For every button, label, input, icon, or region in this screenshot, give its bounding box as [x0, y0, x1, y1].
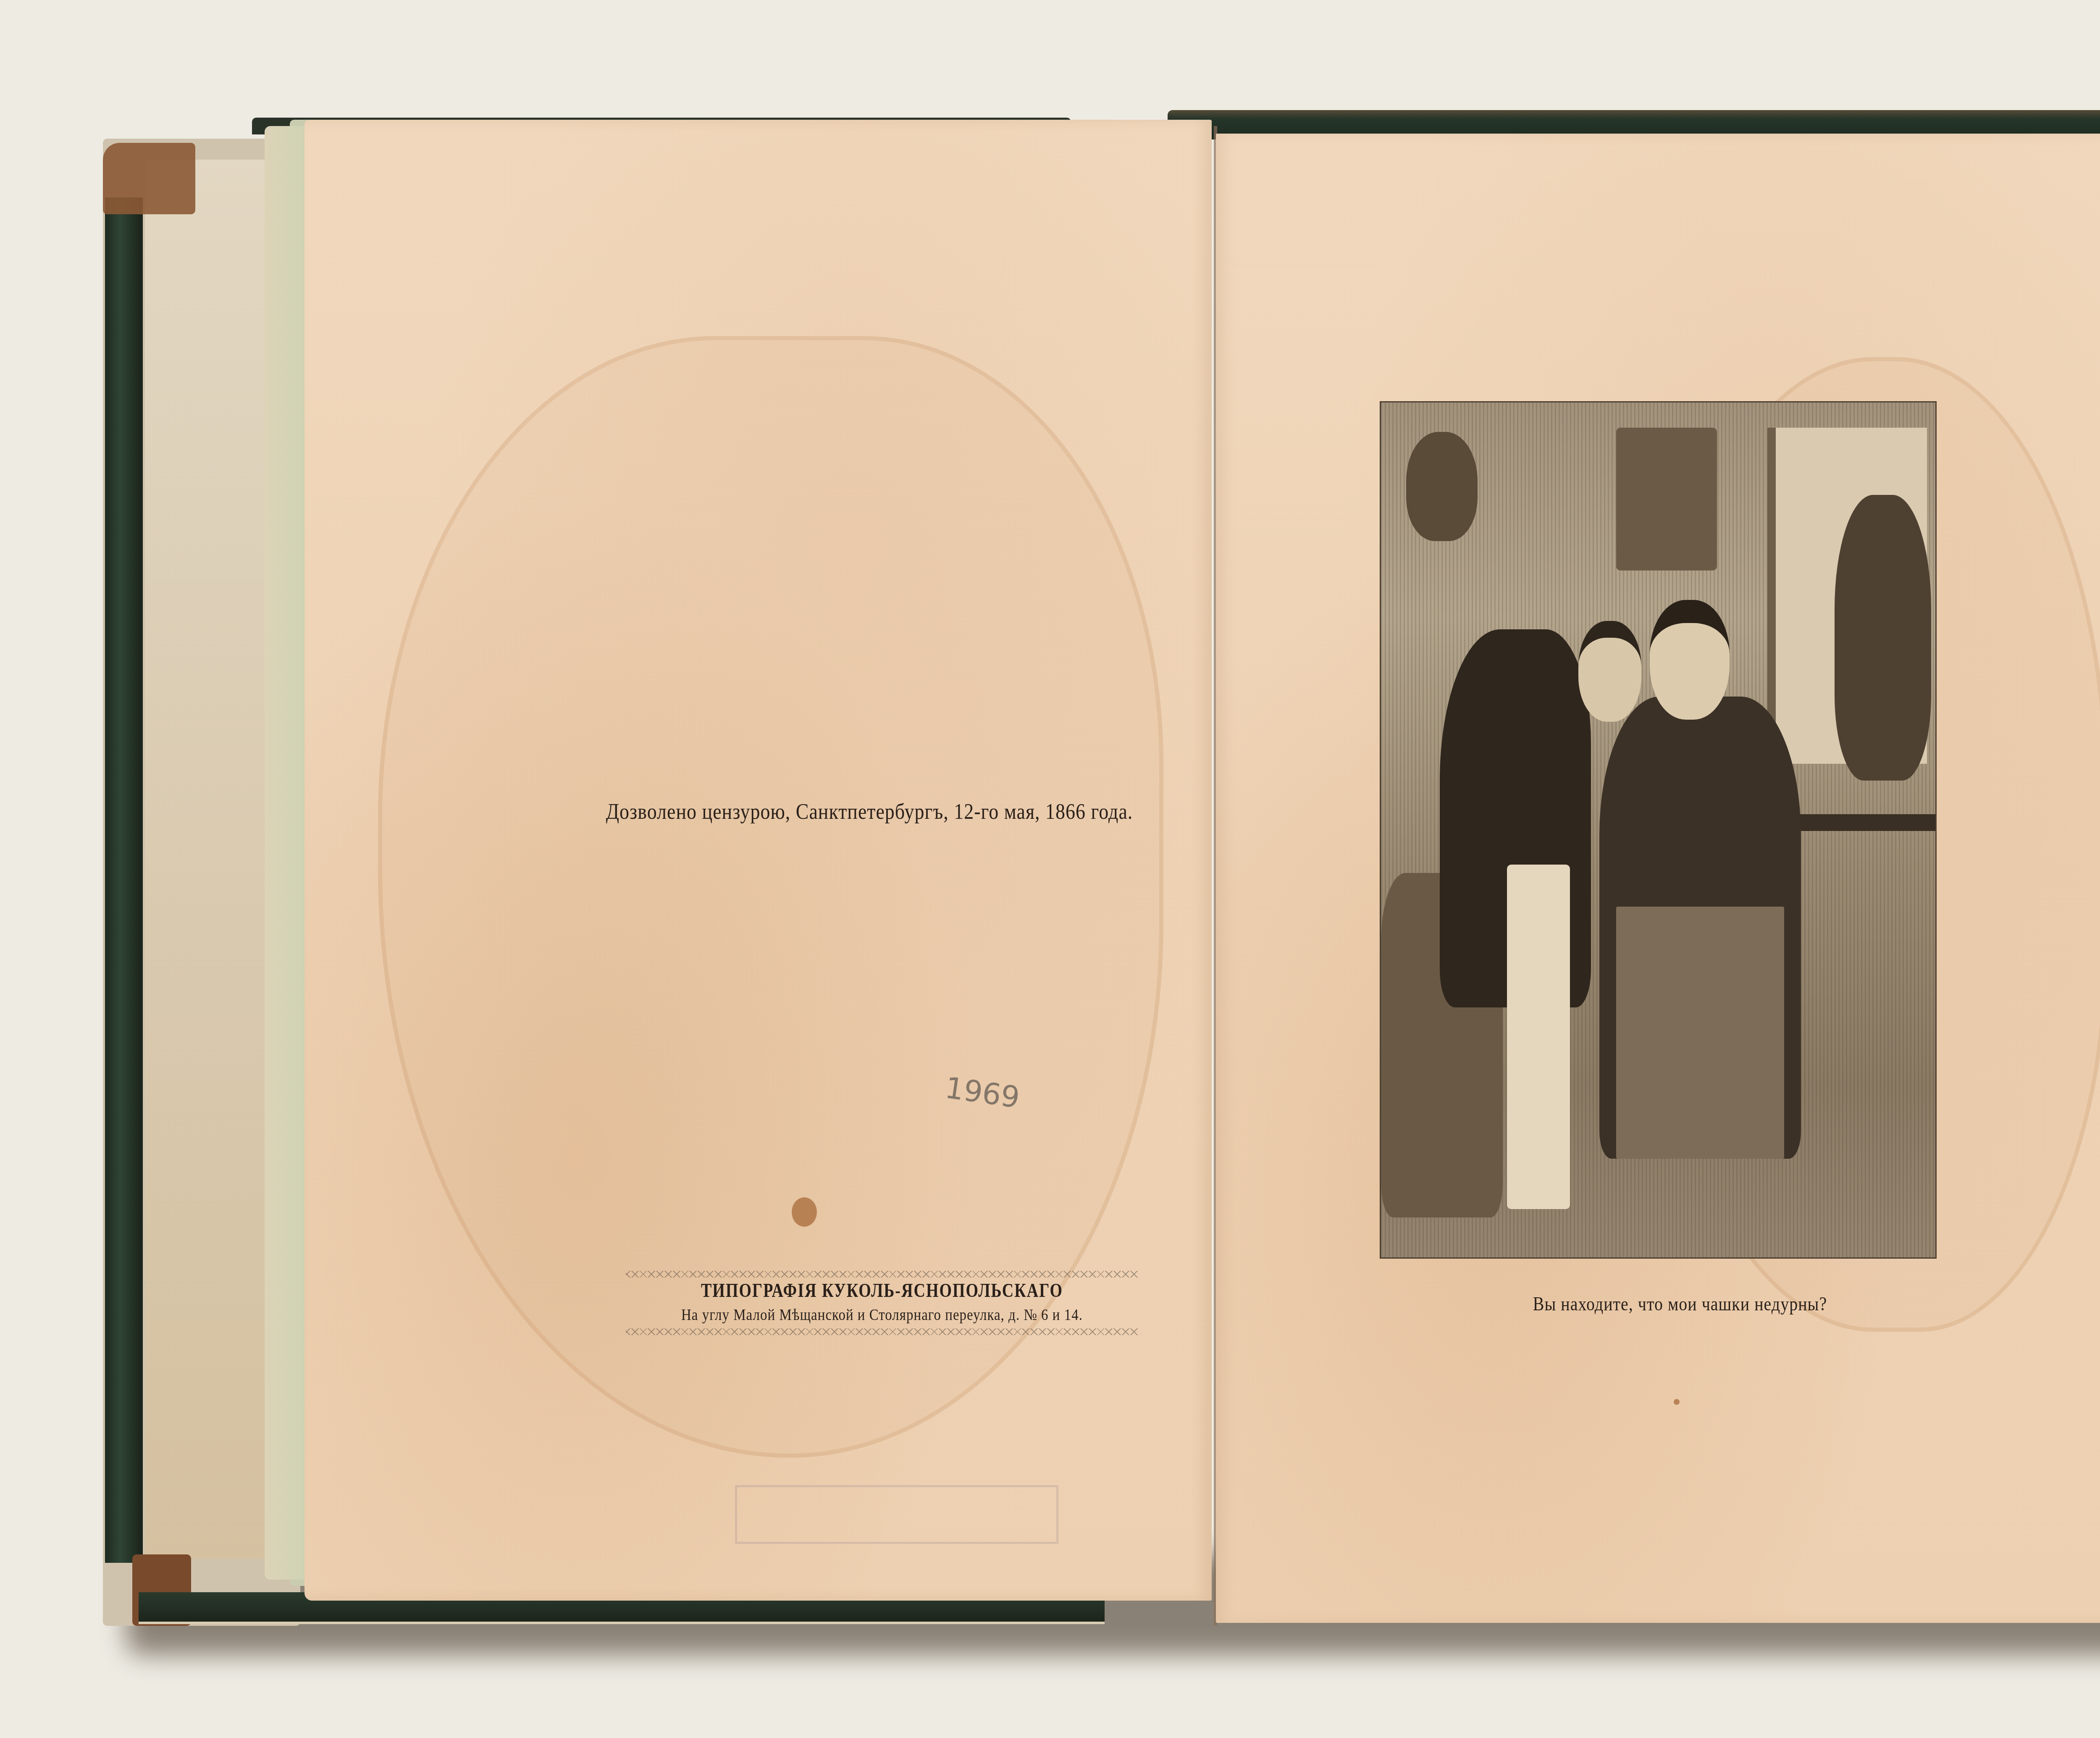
cover-marbled-spine	[105, 197, 143, 1563]
illustration-lantern-center	[1616, 428, 1717, 571]
illustration-tall-vase	[1835, 495, 1931, 781]
left-endpaper	[145, 160, 283, 1559]
printer-name: ТИПОГРАФІЯ КУКОЛЬ-ЯСНОПОЛЬСКАГО	[626, 1280, 1138, 1302]
illustration-merchant-skirt	[1616, 907, 1784, 1159]
wavy-rule-bottom	[626, 1328, 1138, 1335]
engraving-illustration	[1380, 401, 1937, 1259]
censorship-approval-line: Дозволено цензурою, Санктпетербургъ, 12-…	[580, 799, 1159, 824]
foxing-spot	[792, 1197, 817, 1227]
illustration-gentleman-trousers	[1507, 865, 1570, 1209]
illustration-merchant-head	[1650, 600, 1730, 720]
cover-torn-corner-top	[103, 143, 195, 214]
foxing-spot	[1674, 1399, 1680, 1405]
illustration-table	[1784, 814, 1935, 831]
illustration-gentleman-head	[1578, 621, 1641, 722]
show-through-stamp	[735, 1485, 1058, 1544]
wavy-rule-top	[626, 1271, 1138, 1278]
illustration-caption: Вы находите, что мои чашки недурны?	[1449, 1292, 1911, 1315]
printer-address: На углу Малой Мѣщанской и Столярнаго пер…	[626, 1307, 1138, 1325]
illustration-lantern-left	[1406, 432, 1478, 541]
printer-imprint: ТИПОГРАФІЯ КУКОЛЬ-ЯСНОПОЛЬСКАГО На углу …	[626, 1271, 1138, 1335]
